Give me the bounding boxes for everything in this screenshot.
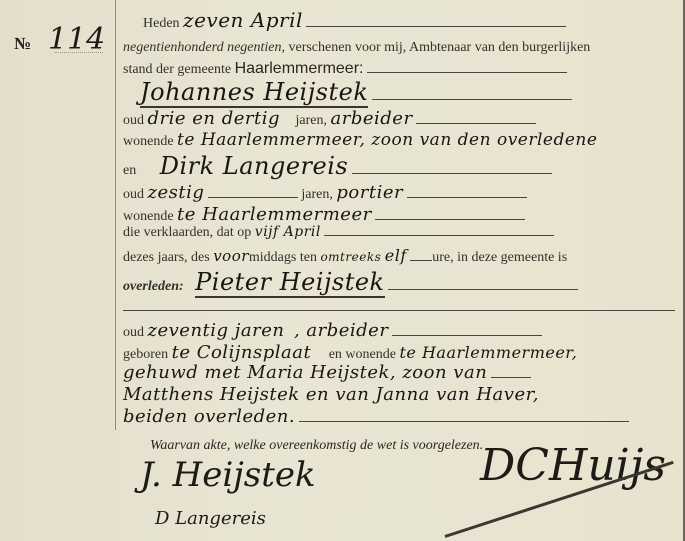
printed-jaren: jaren, [296,113,327,128]
witness2-name: Dirk Langereis [160,152,349,180]
signature-official: DCHuijs [480,440,666,491]
record-number-line [55,52,103,53]
fill-line [306,26,566,27]
printed-middags: middags ten [249,250,317,265]
deceased-age-line: oud zeventig jaren , arbeider [123,320,542,342]
printed-oud: oud [123,187,144,202]
deceased-birth-line: geboren te Colijnsplaat en wonende te Ha… [123,342,577,364]
witness2-residence-line: wonende te Haarlemmermeer [123,204,525,226]
printed-verklaarden: die verklaarden, dat op [123,225,251,240]
printed-heden: Heden [143,16,180,31]
printed-dezes-jaars: dezes jaars, des [123,250,210,265]
printed-en-wonende: en wonende [329,347,396,362]
deceased-line: overleden: Pieter Heijstek [123,268,578,290]
fill-line [410,260,432,261]
deceased-spouse-line: gehuwd met Maria Heijstek, zoon van [123,362,531,384]
signature-witness2: D Langereis [155,508,266,529]
witness1-name-line: Johannes Heijstek [140,78,572,100]
deceased-birthplace: te Colijnsplaat [172,342,312,363]
deceased-occupation: , arbeider [294,320,389,341]
printed-jaren: jaren, [301,187,332,202]
witness2-residence: te Haarlemmermeer [177,204,372,225]
deceased-age: zeventig jaren [148,320,285,341]
witness1-age-line: oud drie en dertig jaren, arbeider [123,108,536,130]
hand-date: zeven April [183,8,303,32]
record-number-label: № [14,34,31,54]
deceased-spouse: gehuwd met Maria Heijstek, zoon van [123,362,487,383]
witness1-name: Johannes Heijstek [140,78,368,108]
printed-overleden: overleden: [123,279,184,294]
death-date: vijf April [255,224,321,240]
municipality: Haarlemmermeer: [235,60,364,77]
fill-line [407,197,527,198]
deceased-parents-status-line: beiden overleden. [123,406,629,428]
printed-year: negentienhonderd negentien, [123,40,285,55]
deceased-residence: te Haarlemmermeer, [399,343,577,362]
fill-line [388,289,578,290]
fill-line [299,421,629,422]
printed-oud: oud [123,325,144,340]
witness2-age: zestig [148,182,205,203]
fill-line [352,173,552,174]
witness1-residence: te Haarlemmermeer, zoon van den overlede… [177,130,597,150]
printed-verschenen: verschenen voor mij, Ambtenaar van den b… [288,40,590,55]
hand-hour: elf [385,246,407,265]
printed-stand: stand der gemeente [123,62,231,77]
fill-line [208,197,298,198]
fill-line [392,335,542,336]
witness2-age-line: oud zestig jaren, portier [123,182,527,204]
printed-geboren: geboren [123,347,168,362]
printed-oud: oud [123,113,144,128]
fill-line [324,235,554,236]
parents-status: beiden overleden. [123,406,295,427]
hand-ampm: voor [213,247,249,265]
deceased-name: Pieter Heijstek [195,268,384,298]
death-record-page: № 114 Heden zeven April negentienhonderd… [0,0,685,541]
margin-rule [115,0,116,430]
printed-wonende: wonende [123,134,174,149]
signature-witness1: J. Heijstek [140,455,316,495]
fill-line [375,219,525,220]
hand-approx: omtreeks [320,250,381,264]
deceased-parents-line: Matthens Heijstek en van Janna van Haver… [123,384,539,406]
deceased-parents: Matthens Heijstek en van Janna van Haver… [123,384,539,405]
printed-wonende: wonende [123,209,174,224]
fill-line [416,123,536,124]
witness1-age: drie en dertig [148,108,281,129]
line-date: Heden zeven April [143,8,566,30]
witness1-residence-line: wonende te Haarlemmermeer, zoon van den … [123,130,597,152]
blank-rule [123,310,675,311]
time-line: dezes jaars, des voormiddags ten omtreek… [123,246,567,268]
declaration-line: die verklaarden, dat op vijf April [123,224,554,246]
witness2-name-line: en Dirk Langereis [123,152,552,174]
line-year: negentienhonderd negentien, verschenen v… [123,40,590,62]
fill-line [372,99,572,100]
fill-line [491,377,531,378]
printed-en: en [123,163,136,178]
printed-ure: ure, in deze gemeente is [432,250,567,265]
witness2-occupation: portier [336,182,403,203]
witness1-occupation: arbeider [331,108,413,129]
fill-line [367,72,567,73]
